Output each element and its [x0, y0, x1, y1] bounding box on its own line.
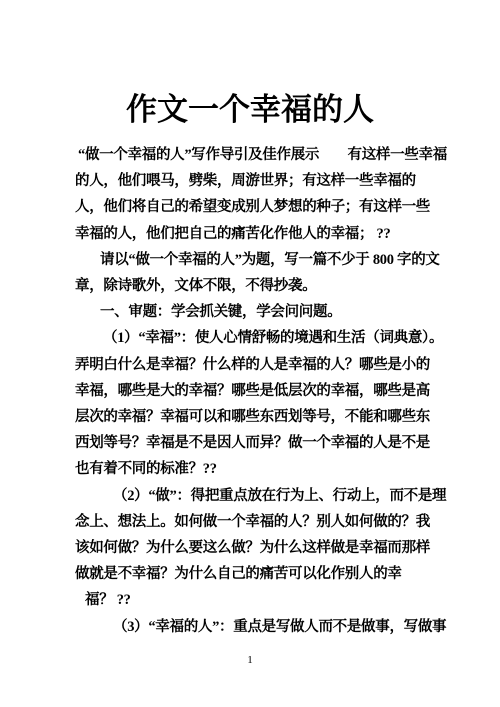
text-line: 也有着不同的标准？??	[75, 456, 440, 482]
text-line: 福？ ??	[75, 587, 440, 613]
text-line: （2）“做”：得把重点放在行为上、行动上，而不是理	[75, 483, 440, 509]
text-line: 幸福，哪些是大的幸福？哪些是低层次的幸福，哪些是高	[75, 378, 440, 404]
text-line: 层次的幸福？幸福可以和哪些东西划等号，不能和哪些东	[75, 404, 440, 430]
text-line: 弄明白什么是幸福？什么样的人是幸福的人？哪些是小的	[75, 352, 440, 378]
text-line: 该如何做？为什么要这么做？为什么这样做是幸福而那样	[75, 535, 440, 561]
text-line: “做一个幸福的人”写作导引及佳作展示 有这样一些幸福	[75, 142, 440, 168]
text-line: 西划等号？幸福是不是因人而异？做一个幸福的人是不是	[75, 430, 440, 456]
text-line: 的人，他们喂马，劈柴，周游世界；有这样一些幸福的	[75, 168, 440, 194]
text-line: （3）“幸福的人”：重点是写做人而不是做事，写做事	[75, 614, 440, 640]
text-line: 一、审题：学会抓关键，学会问问题。	[75, 299, 440, 325]
document-body: “做一个幸福的人”写作导引及佳作展示 有这样一些幸福的人，他们喂马，劈柴，周游世…	[75, 142, 440, 640]
text-line: 做就是不幸福？为什么自己的痛苦可以化作别人的幸	[75, 561, 440, 587]
text-line: 请以“做一个幸福的人”为题，写一篇不少于 800 字的文	[75, 247, 440, 273]
document-page: 作文一个幸福的人 “做一个幸福的人”写作导引及佳作展示 有这样一些幸福的人，他们…	[0, 0, 500, 707]
page-number: 1	[0, 654, 500, 666]
text-line: 章，除诗歌外，文体不限，不得抄袭。	[75, 273, 440, 299]
document-title: 作文一个幸福的人	[0, 84, 500, 129]
text-line: （1）“幸福”：使人心情舒畅的境遇和生活（词典意）。	[75, 325, 440, 351]
text-line: 念上、想法上。如何做一个幸福的人？别人如何做的？我	[75, 509, 440, 535]
text-line: 幸福的人，他们把自己的痛苦化作他人的幸福； ??	[75, 221, 440, 247]
text-line: 人，他们将自己的希望变成别人梦想的种子；有这样一些	[75, 194, 440, 220]
